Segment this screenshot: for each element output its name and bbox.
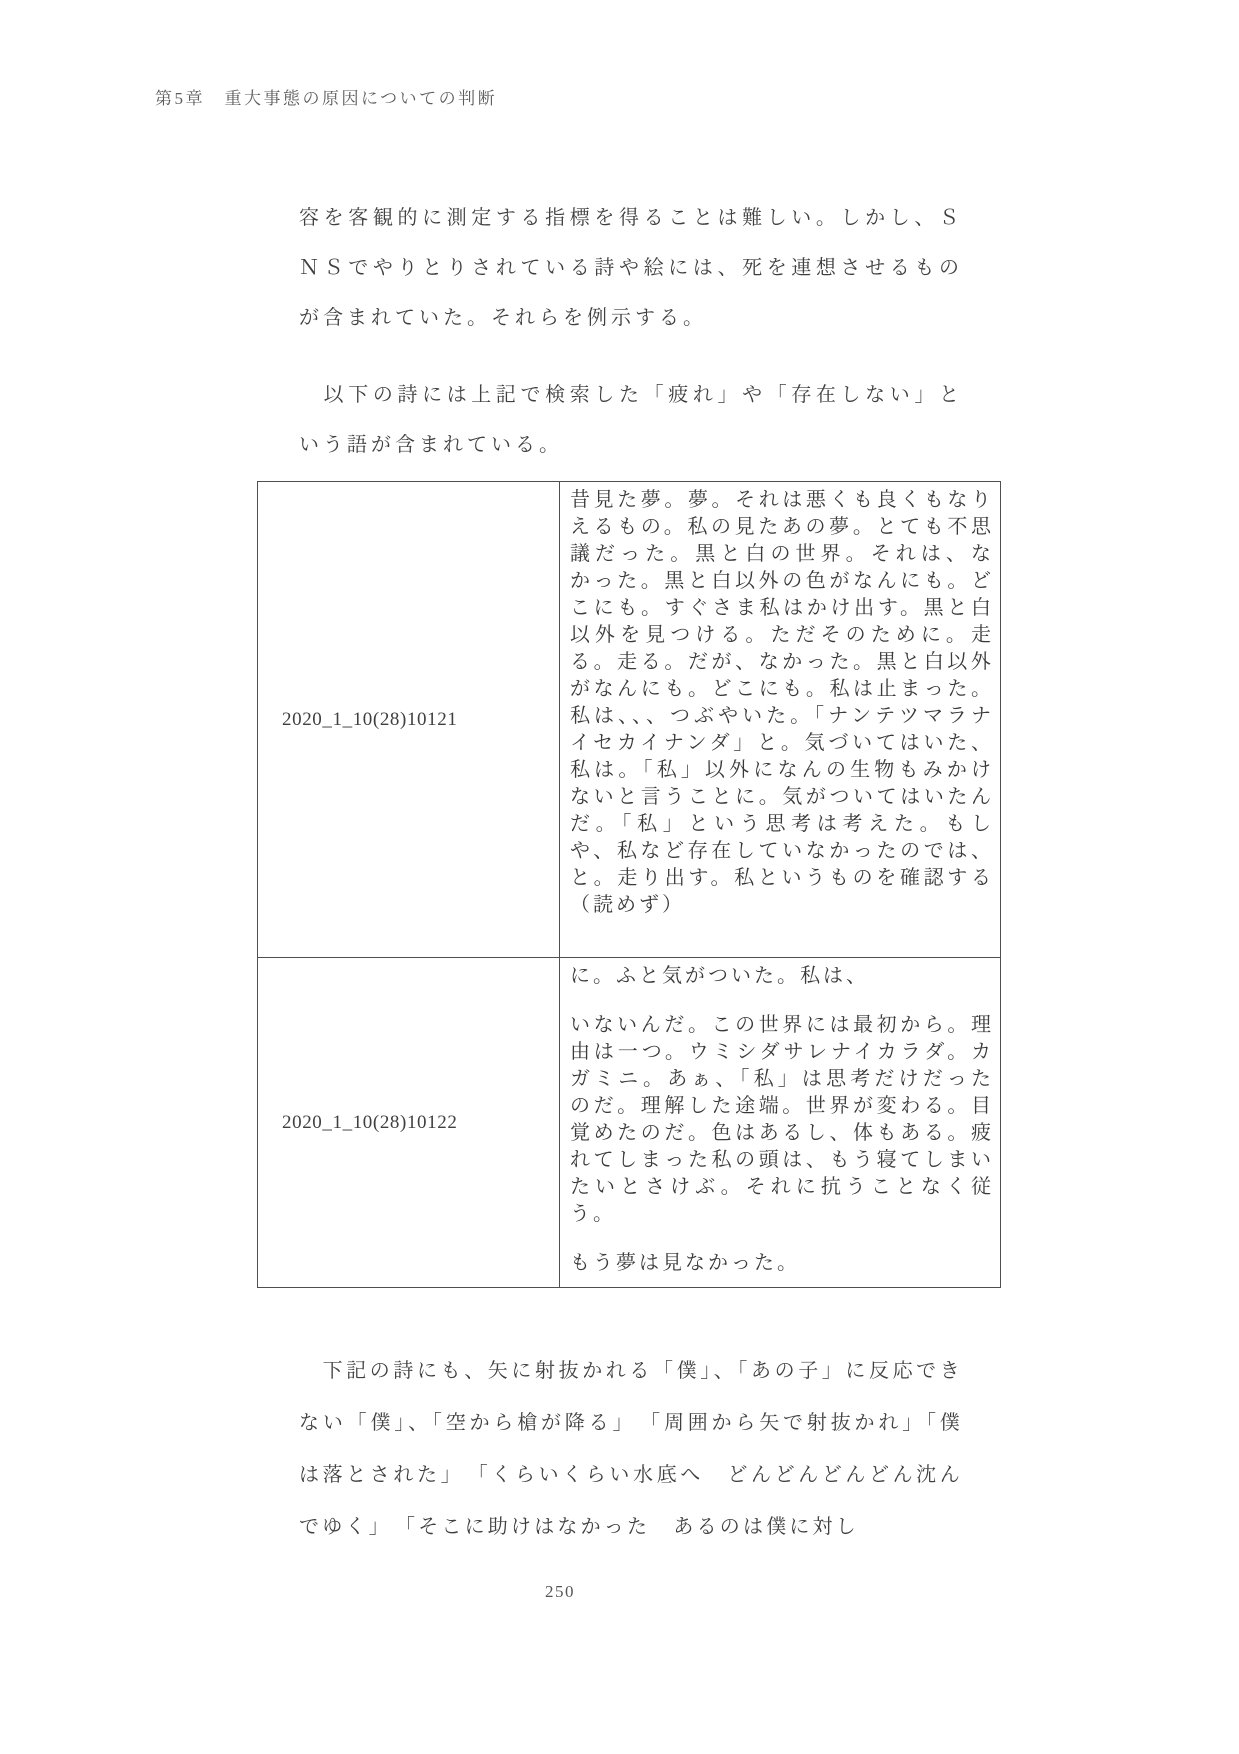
poem-text-cell: に。ふと気がついた。私は、 いないんだ。この世界には最初から。理由は一つ。ウミシ…: [560, 958, 1001, 1288]
poem-paragraph: 昔見た夢。夢。それは悪くも良くもなりえるもの。私の見たあの夢。とても不思議だった…: [570, 487, 994, 919]
body-paragraph-intro: 以下の詩には上記で検索した「疲れ」や「存在しない」という語が含まれている。: [299, 370, 963, 470]
poem-id-cell: 2020_1_10(28)10121: [258, 482, 560, 958]
poem-paragraph: に。ふと気がついた。私は、: [570, 963, 994, 990]
chapter-running-header: 第5章 重大事態の原因についての判断: [155, 84, 497, 109]
document-page: 第5章 重大事態の原因についての判断 容を客観的に測定する指標を得ることは難しい…: [0, 0, 1239, 1754]
poem-paragraph: もう夢は見なかった。: [570, 1250, 994, 1277]
body-paragraph-closing: 下記の詩にも、矢に射抜かれる「僕」、「あの子」に反応できない「僕」、「空から槍が…: [299, 1345, 963, 1553]
poem-table: 2020_1_10(28)10121 昔見た夢。夢。それは悪くも良くもなりえるも…: [257, 481, 1001, 1288]
poem-table-body: 2020_1_10(28)10121 昔見た夢。夢。それは悪くも良くもなりえるも…: [258, 482, 1001, 1288]
page-number: 250: [0, 1582, 1120, 1602]
poem-paragraph: いないんだ。この世界には最初から。理由は一つ。ウミシダサレナイカラダ。カガミニ。…: [570, 1012, 994, 1228]
poem-id-cell: 2020_1_10(28)10122: [258, 958, 560, 1288]
body-paragraph-continuation: 容を客観的に測定する指標を得ることは難しい。しかし、ＳＮＳでやりとりされている詩…: [299, 193, 963, 343]
table-row: 2020_1_10(28)10121 昔見た夢。夢。それは悪くも良くもなりえるも…: [258, 482, 1001, 958]
table-row: 2020_1_10(28)10122 に。ふと気がついた。私は、 いないんだ。こ…: [258, 958, 1001, 1288]
poem-text-cell: 昔見た夢。夢。それは悪くも良くもなりえるもの。私の見たあの夢。とても不思議だった…: [560, 482, 1001, 958]
